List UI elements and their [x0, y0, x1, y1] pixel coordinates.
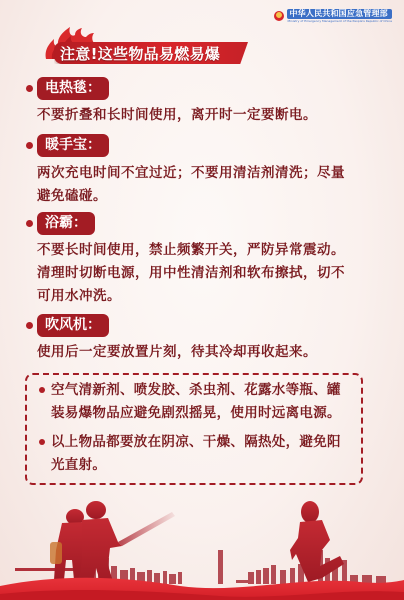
- desc-line: 不要折叠和长时间使用，离开时一定要断电。: [37, 104, 367, 127]
- section-description: 不要长时间使用，禁止频繁开关，严防异常震动。 清理时切断电源，用中性清洁剂和软布…: [37, 239, 367, 308]
- bullet-dot-icon: [26, 220, 33, 227]
- desc-line: 清理时切断电源，用中性清洁剂和软布擦拭，切不: [37, 262, 367, 285]
- tip-line: 空气清新剂、喷发胶、杀虫剂、花露水等瓶、罐: [51, 379, 357, 402]
- section-description: 使用后一定要放置片刻，待其冷却再收起来。: [37, 341, 367, 364]
- national-emblem-icon: [274, 11, 284, 21]
- title-banner: 注意!这些物品易燃易爆: [40, 25, 210, 65]
- section-label: 电热毯：: [37, 77, 109, 100]
- desc-line: 使用后一定要放置片刻，待其冷却再收起来。: [37, 341, 367, 364]
- section-label: 浴霸：: [37, 212, 95, 235]
- agency-name-cn: 中华人民共和国应急管理部: [287, 9, 392, 19]
- desc-line: 避免磕碰。: [37, 185, 367, 208]
- desc-line: 两次充电时间不宜过近；不要用清洁剂清洗；尽量: [37, 162, 367, 185]
- page-title: 注意!这些物品易燃易爆: [60, 43, 220, 64]
- section-label: 暖手宝：: [37, 134, 109, 157]
- bullet-dot-icon: [26, 142, 33, 149]
- section-description: 不要折叠和长时间使用，离开时一定要断电。: [37, 104, 367, 127]
- desc-line: 可用水冲洗。: [37, 285, 367, 308]
- desc-line: 不要长时间使用，禁止频繁开关，严防异常震动。: [37, 239, 367, 262]
- tip-line: 装易爆物品应避免剧烈摇晃，使用时远离电源。: [51, 402, 357, 425]
- bullet-dot-icon: [39, 439, 45, 445]
- section-label: 吹风机：: [37, 314, 109, 337]
- agency-logo: 中华人民共和国应急管理部 Ministry of Emergency Manag…: [274, 9, 392, 23]
- tip-line: 光直射。: [51, 454, 357, 477]
- bullet-dot-icon: [39, 387, 45, 393]
- tip-line: 以上物品都要放在阴凉、干燥、隔热处，避免阳: [51, 431, 357, 454]
- firefighter-illustration: [0, 490, 404, 600]
- bullet-dot-icon: [26, 85, 33, 92]
- agency-name-en: Ministry of Emergency Management of the …: [287, 19, 392, 23]
- bullet-dot-icon: [26, 322, 33, 329]
- section-description: 两次充电时间不宜过近；不要用清洁剂清洗；尽量 避免磕碰。: [37, 162, 367, 208]
- tips-box: 空气清新剂、喷发胶、杀虫剂、花露水等瓶、罐 装易爆物品应避免剧烈摇晃，使用时远离…: [25, 373, 363, 485]
- poster: 中华人民共和国应急管理部 Ministry of Emergency Manag…: [0, 0, 404, 600]
